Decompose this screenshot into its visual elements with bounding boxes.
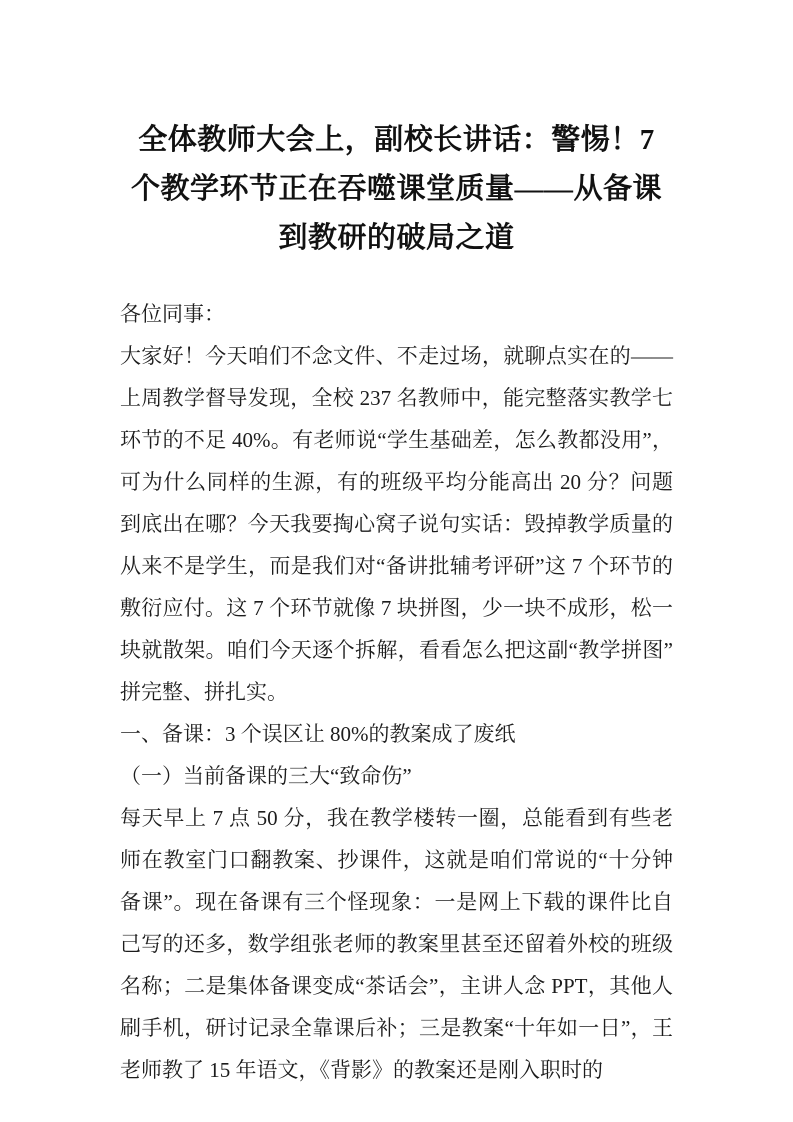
document-body: 各位同事：大家好！今天咱们不念文件、不走过场，就聊点实在的——上周教学督导发现，…: [120, 293, 673, 1091]
document-page: 全体教师大会上，副校长讲话：警惕！7 个教学环节正在吞噬课堂质量——从备课到教研…: [0, 0, 793, 1122]
paragraph-heading: 一、备课：3 个误区让 80%的教案成了废纸: [120, 713, 673, 755]
paragraph-subheading: （一）当前备课的三大“致命伤”: [120, 755, 673, 797]
paragraph-body: 大家好！今天咱们不念文件、不走过场，就聊点实在的——上周教学督导发现，全校 23…: [120, 335, 673, 713]
document-title: 全体教师大会上，副校长讲话：警惕！7 个教学环节正在吞噬课堂质量——从备课到教研…: [120, 116, 673, 263]
paragraph-salutation: 各位同事：: [120, 293, 673, 335]
paragraph-body: 每天早上 7 点 50 分，我在教学楼转一圈，总能看到有些老师在教室门口翻教案、…: [120, 797, 673, 1091]
